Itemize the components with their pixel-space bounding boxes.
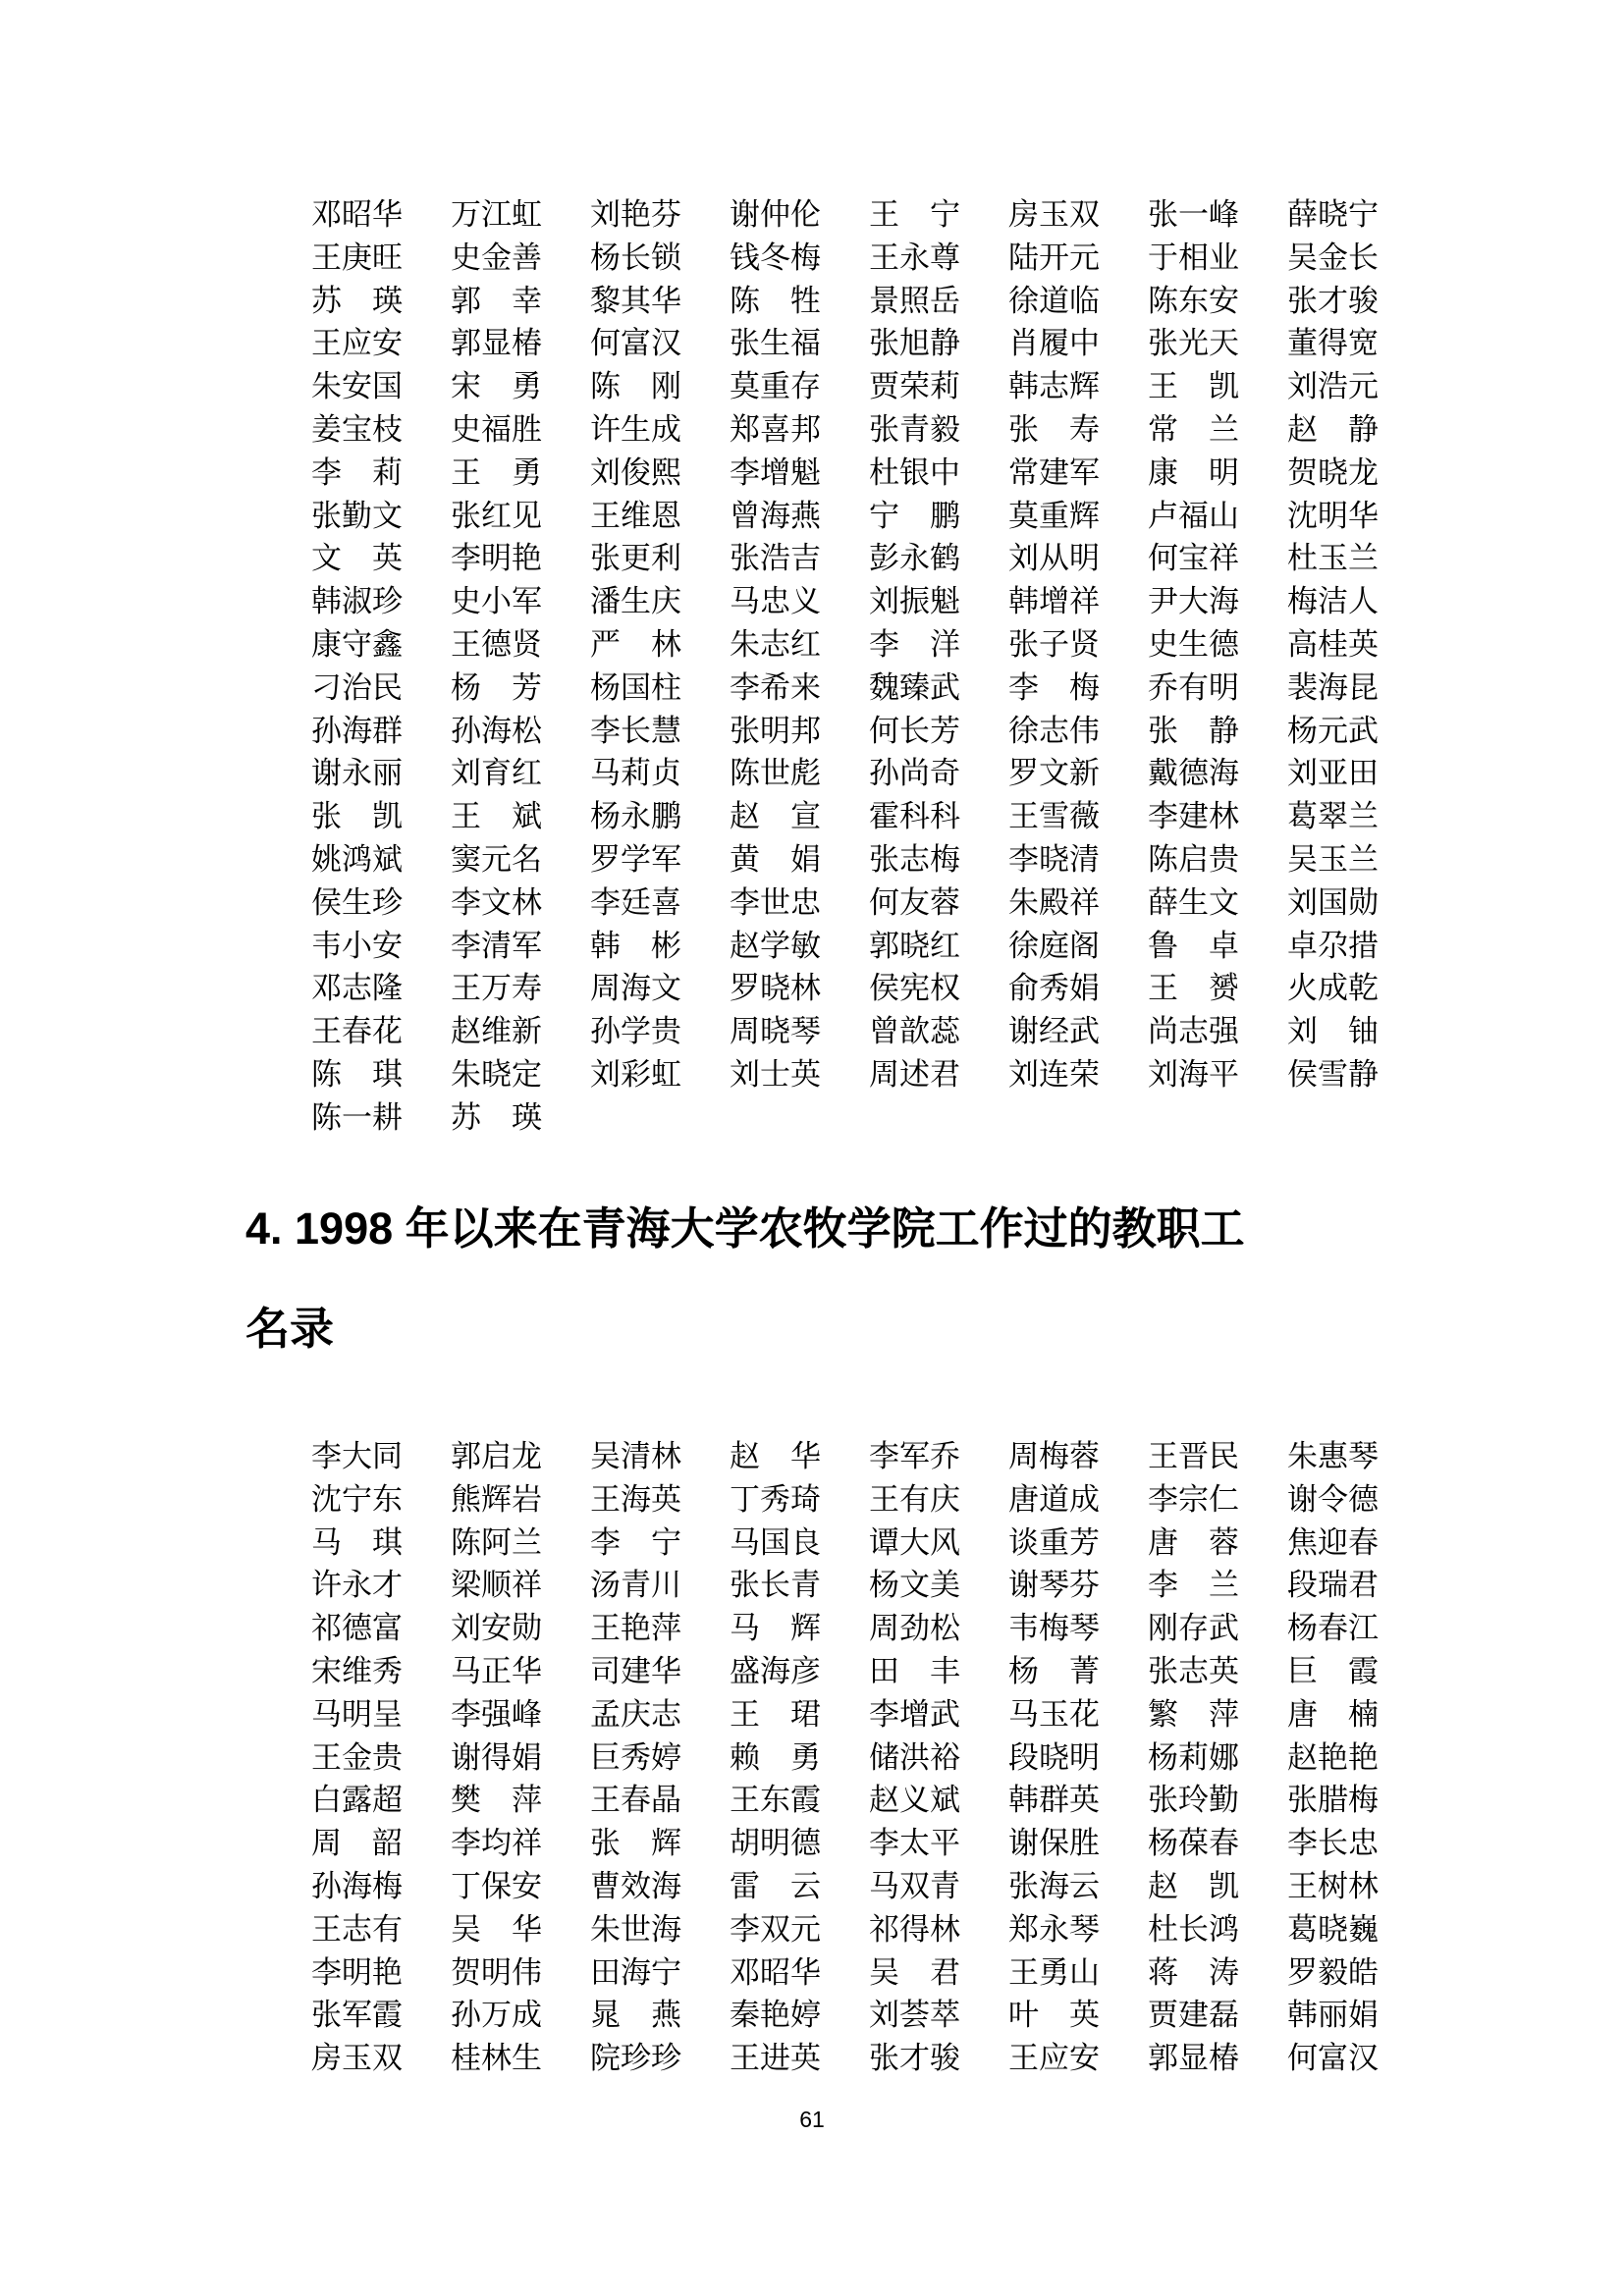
name-cell: 刘 铀: [1287, 1010, 1427, 1053]
name-roster-bottom: 李大同郭启龙吴清林赵 华李军乔周梅蓉王晋民朱惠琴沈宁东熊辉岩王海英丁秀琦王有庆唐…: [311, 1435, 1427, 2080]
name-cell: 韩群英: [1008, 1779, 1148, 1822]
name-cell: 谈重芳: [1008, 1522, 1148, 1565]
name-cell: 沈宁东: [311, 1478, 451, 1522]
name-cell: 周述君: [869, 1053, 1008, 1096]
name-cell: 于相业: [1148, 237, 1287, 280]
name-cell: 赵 静: [1287, 408, 1427, 452]
name-cell: 周海文: [590, 967, 730, 1010]
name-cell: 邓志隆: [311, 967, 451, 1010]
name-cell: 尹大海: [1148, 580, 1287, 623]
name-cell: 张 凯: [311, 795, 451, 838]
empty-cell: [1287, 1096, 1427, 1140]
name-cell: 李增魁: [730, 452, 869, 495]
name-cell: 万江虹: [451, 193, 590, 237]
name-cell: 李 莉: [311, 452, 451, 495]
name-cell: 熊辉岩: [451, 1478, 590, 1522]
name-cell: 赵维新: [451, 1010, 590, 1053]
name-cell: 刘从明: [1008, 537, 1148, 580]
name-cell: 宋维秀: [311, 1650, 451, 1693]
name-cell: 吴清林: [590, 1435, 730, 1478]
name-cell: 王万寿: [451, 967, 590, 1010]
name-cell: 王勇山: [1008, 1951, 1148, 1995]
name-cell: 王应安: [311, 322, 451, 365]
name-cell: 李双元: [730, 1908, 869, 1951]
name-cell: 韩志辉: [1008, 365, 1148, 408]
name-cell: 张 辉: [590, 1822, 730, 1865]
name-cell: 彭永鹤: [869, 537, 1008, 580]
name-cell: 焦迎春: [1287, 1522, 1427, 1565]
name-cell: 史福胜: [451, 408, 590, 452]
name-cell: 姜宝枝: [311, 408, 451, 452]
name-cell: 赵义斌: [869, 1779, 1008, 1822]
name-cell: 张更利: [590, 537, 730, 580]
name-cell: 景照岳: [869, 280, 1008, 323]
name-cell: 张一峰: [1148, 193, 1287, 237]
name-cell: 李廷喜: [590, 881, 730, 925]
name-cell: 张明邦: [730, 710, 869, 753]
name-cell: 火成乾: [1287, 967, 1427, 1010]
name-cell: 张军霞: [311, 1994, 451, 2037]
name-cell: 杨永鹏: [590, 795, 730, 838]
name-cell: 刘士英: [730, 1053, 869, 1096]
name-cell: 许永才: [311, 1564, 451, 1607]
name-cell: 裴海昆: [1287, 667, 1427, 710]
name-cell: 繁 萍: [1148, 1693, 1287, 1736]
name-cell: 杨长锁: [590, 237, 730, 280]
name-cell: 周劲松: [869, 1607, 1008, 1650]
name-cell: 史生德: [1148, 623, 1287, 667]
name-cell: 曾海燕: [730, 495, 869, 538]
name-cell: 卓尕措: [1287, 925, 1427, 968]
name-cell: 王海英: [590, 1478, 730, 1522]
name-cell: 张光天: [1148, 322, 1287, 365]
name-cell: 赵艳艳: [1287, 1736, 1427, 1780]
name-cell: 罗毅皓: [1287, 1951, 1427, 1995]
name-cell: 谢仲伦: [730, 193, 869, 237]
name-cell: 康 明: [1148, 452, 1287, 495]
name-cell: 李明艳: [311, 1951, 451, 1995]
name-cell: 王有庆: [869, 1478, 1008, 1522]
name-cell: 李 兰: [1148, 1564, 1287, 1607]
name-cell: 王 珺: [730, 1693, 869, 1736]
name-cell: 李文林: [451, 881, 590, 925]
section-heading-line1: 4. 1998 年以来在青海大学农牧学院工作过的教职工: [245, 1203, 1245, 1255]
name-cell: 文 英: [311, 537, 451, 580]
name-cell: 李希来: [730, 667, 869, 710]
name-cell: 梁顺祥: [451, 1564, 590, 1607]
name-cell: 常 兰: [1148, 408, 1287, 452]
name-cell: 李世忠: [730, 881, 869, 925]
name-cell: 张旭静: [869, 322, 1008, 365]
name-cell: 刁治民: [311, 667, 451, 710]
name-cell: 赖 勇: [730, 1736, 869, 1780]
name-cell: 郭 幸: [451, 280, 590, 323]
name-cell: 丁保安: [451, 1865, 590, 1908]
name-cell: 王晋民: [1148, 1435, 1287, 1478]
name-cell: 刘彩虹: [590, 1053, 730, 1096]
name-cell: 钱冬梅: [730, 237, 869, 280]
name-cell: 房玉双: [1008, 193, 1148, 237]
name-cell: 杜银中: [869, 452, 1008, 495]
name-cell: 马国良: [730, 1522, 869, 1565]
name-cell: 丁秀琦: [730, 1478, 869, 1522]
name-cell: 谢琴芬: [1008, 1564, 1148, 1607]
name-cell: 马 辉: [730, 1607, 869, 1650]
name-cell: 韩丽娟: [1287, 1994, 1427, 2037]
name-cell: 贾荣莉: [869, 365, 1008, 408]
name-cell: 田海宁: [590, 1951, 730, 1995]
name-cell: 刘俊熙: [590, 452, 730, 495]
name-cell: 王应安: [1008, 2037, 1148, 2080]
name-cell: 朱惠琴: [1287, 1435, 1427, 1478]
name-cell: 杨 菁: [1008, 1650, 1148, 1693]
name-cell: 孙万成: [451, 1994, 590, 2037]
name-cell: 刘连荣: [1008, 1053, 1148, 1096]
name-cell: 何长芳: [869, 710, 1008, 753]
name-cell: 马莉贞: [590, 752, 730, 795]
empty-cell: [869, 1096, 1008, 1140]
name-cell: 李强峰: [451, 1693, 590, 1736]
name-cell: 严 林: [590, 623, 730, 667]
name-cell: 司建华: [590, 1650, 730, 1693]
name-cell: 巨秀婷: [590, 1736, 730, 1780]
name-cell: 刘振魁: [869, 580, 1008, 623]
name-cell: 唐道成: [1008, 1478, 1148, 1522]
name-cell: 魏臻武: [869, 667, 1008, 710]
name-cell: 叶 英: [1008, 1994, 1148, 2037]
name-cell: 王树林: [1287, 1865, 1427, 1908]
name-cell: 唐 蓉: [1148, 1522, 1287, 1565]
name-cell: 马明呈: [311, 1693, 451, 1736]
name-cell: 李明艳: [451, 537, 590, 580]
name-cell: 张才骏: [869, 2037, 1008, 2080]
name-cell: 韩 彬: [590, 925, 730, 968]
name-cell: 周梅蓉: [1008, 1435, 1148, 1478]
name-cell: 宁 鹏: [869, 495, 1008, 538]
name-cell: 晁 燕: [590, 1994, 730, 2037]
name-cell: 李太平: [869, 1822, 1008, 1865]
name-cell: 张 静: [1148, 710, 1287, 753]
name-cell: 徐志伟: [1008, 710, 1148, 753]
name-cell: 周 韶: [311, 1822, 451, 1865]
name-cell: 杨莉娜: [1148, 1736, 1287, 1780]
name-cell: 马忠义: [730, 580, 869, 623]
empty-cell: [1148, 1096, 1287, 1140]
name-cell: 莫重存: [730, 365, 869, 408]
name-cell: 孙海梅: [311, 1865, 451, 1908]
name-cell: 郭显椿: [451, 322, 590, 365]
empty-cell: [590, 1096, 730, 1140]
name-cell: 张 寿: [1008, 408, 1148, 452]
name-cell: 李 梅: [1008, 667, 1148, 710]
name-cell: 邓昭华: [730, 1951, 869, 1995]
name-cell: 葛晓巍: [1287, 1908, 1427, 1951]
name-cell: 王进英: [730, 2037, 869, 2080]
name-cell: 张长青: [730, 1564, 869, 1607]
name-cell: 孙海群: [311, 710, 451, 753]
name-cell: 蒋 涛: [1148, 1951, 1287, 1995]
name-cell: 巨 霞: [1287, 1650, 1427, 1693]
name-cell: 唐 楠: [1287, 1693, 1427, 1736]
name-cell: 盛海彦: [730, 1650, 869, 1693]
name-cell: 郭启龙: [451, 1435, 590, 1478]
name-cell: 陈 牲: [730, 280, 869, 323]
name-cell: 李大同: [311, 1435, 451, 1478]
name-cell: 谢得娟: [451, 1736, 590, 1780]
name-cell: 李晓清: [1008, 838, 1148, 881]
name-cell: 王春花: [311, 1010, 451, 1053]
name-cell: 刘荟萃: [869, 1994, 1008, 2037]
document-page: { "document": { "heading": { "line1": "4…: [0, 0, 1624, 2296]
name-cell: 尚志强: [1148, 1010, 1287, 1053]
name-cell: 史小军: [451, 580, 590, 623]
name-cell: 陈阿兰: [451, 1522, 590, 1565]
name-cell: 谢经武: [1008, 1010, 1148, 1053]
name-cell: 王 斌: [451, 795, 590, 838]
name-cell: 苏 瑛: [451, 1096, 590, 1140]
name-cell: 史金善: [451, 237, 590, 280]
empty-cell: [730, 1096, 869, 1140]
name-cell: 罗文新: [1008, 752, 1148, 795]
name-cell: 陈 琪: [311, 1053, 451, 1096]
name-cell: 马正华: [451, 1650, 590, 1693]
name-cell: 常建军: [1008, 452, 1148, 495]
name-cell: 陈世彪: [730, 752, 869, 795]
name-cell: 贺明伟: [451, 1951, 590, 1995]
name-cell: 薛晓宁: [1287, 193, 1427, 237]
name-cell: 赵 凯: [1148, 1865, 1287, 1908]
name-cell: 王东霞: [730, 1779, 869, 1822]
name-cell: 韦小安: [311, 925, 451, 968]
name-cell: 谢保胜: [1008, 1822, 1148, 1865]
name-cell: 张腊梅: [1287, 1779, 1427, 1822]
name-cell: 刘亚田: [1287, 752, 1427, 795]
name-cell: 朱晓定: [451, 1053, 590, 1096]
name-cell: 杨元武: [1287, 710, 1427, 753]
name-cell: 郭显椿: [1148, 2037, 1287, 2080]
name-cell: 周晓琴: [730, 1010, 869, 1053]
name-cell: 姚鸿斌: [311, 838, 451, 881]
name-cell: 王德贤: [451, 623, 590, 667]
name-cell: 鲁 卓: [1148, 925, 1287, 968]
name-cell: 侯宪权: [869, 967, 1008, 1010]
name-cell: 乔有明: [1148, 667, 1287, 710]
name-cell: 张志英: [1148, 1650, 1287, 1693]
name-cell: 刚存武: [1148, 1607, 1287, 1650]
name-cell: 祁德富: [311, 1607, 451, 1650]
name-cell: 何富汉: [1287, 2037, 1427, 2080]
name-cell: 陈 刚: [590, 365, 730, 408]
name-cell: 张生福: [730, 322, 869, 365]
name-cell: 杜长鸿: [1148, 1908, 1287, 1951]
name-cell: 张才骏: [1287, 280, 1427, 323]
name-cell: 俞秀娟: [1008, 967, 1148, 1010]
name-cell: 吴金长: [1287, 237, 1427, 280]
name-cell: 张海云: [1008, 1865, 1148, 1908]
name-cell: 田 丰: [869, 1650, 1008, 1693]
name-cell: 卢福山: [1148, 495, 1287, 538]
name-cell: 何富汉: [590, 322, 730, 365]
name-cell: 杜玉兰: [1287, 537, 1427, 580]
name-cell: 刘安勋: [451, 1607, 590, 1650]
name-cell: 王春晶: [590, 1779, 730, 1822]
name-cell: 贾建磊: [1148, 1994, 1287, 2037]
name-cell: 罗晓林: [730, 967, 869, 1010]
name-cell: 薛生文: [1148, 881, 1287, 925]
name-cell: 王 赟: [1148, 967, 1287, 1010]
name-cell: 董得宽: [1287, 322, 1427, 365]
name-cell: 苏 瑛: [311, 280, 451, 323]
name-cell: 郭晓红: [869, 925, 1008, 968]
name-cell: 储洪裕: [869, 1736, 1008, 1780]
name-cell: 陆开元: [1008, 237, 1148, 280]
name-cell: 戴德海: [1148, 752, 1287, 795]
name-cell: 郑永琴: [1008, 1908, 1148, 1951]
name-cell: 谢永丽: [311, 752, 451, 795]
name-cell: 王 勇: [451, 452, 590, 495]
name-cell: 杨葆春: [1148, 1822, 1287, 1865]
name-cell: 谢令德: [1287, 1478, 1427, 1522]
name-cell: 侯生珍: [311, 881, 451, 925]
name-cell: 莫重辉: [1008, 495, 1148, 538]
name-cell: 梅洁人: [1287, 580, 1427, 623]
name-cell: 樊 萍: [451, 1779, 590, 1822]
name-cell: 张青毅: [869, 408, 1008, 452]
name-cell: 张子贤: [1008, 623, 1148, 667]
name-cell: 朱世海: [590, 1908, 730, 1951]
name-cell: 汤青川: [590, 1564, 730, 1607]
name-cell: 刘艳芬: [590, 193, 730, 237]
name-cell: 王 凯: [1148, 365, 1287, 408]
name-cell: 朱志红: [730, 623, 869, 667]
name-cell: 窦元名: [451, 838, 590, 881]
name-cell: 张志梅: [869, 838, 1008, 881]
name-cell: 李长慧: [590, 710, 730, 753]
name-cell: 刘浩元: [1287, 365, 1427, 408]
name-cell: 陈东安: [1148, 280, 1287, 323]
name-cell: 房玉双: [311, 2037, 451, 2080]
name-cell: 马 琪: [311, 1522, 451, 1565]
name-cell: 王庚旺: [311, 237, 451, 280]
name-cell: 黎其华: [590, 280, 730, 323]
name-cell: 祁得林: [869, 1908, 1008, 1951]
name-cell: 徐庭阁: [1008, 925, 1148, 968]
name-cell: 马玉花: [1008, 1693, 1148, 1736]
name-cell: 李均祥: [451, 1822, 590, 1865]
name-cell: 宋 勇: [451, 365, 590, 408]
name-cell: 杨 芳: [451, 667, 590, 710]
name-cell: 肖履中: [1008, 322, 1148, 365]
name-cell: 张玲勤: [1148, 1779, 1287, 1822]
name-cell: 李建林: [1148, 795, 1287, 838]
name-cell: 王金贵: [311, 1736, 451, 1780]
name-cell: 张红见: [451, 495, 590, 538]
name-cell: 朱安国: [311, 365, 451, 408]
name-cell: 段晓明: [1008, 1736, 1148, 1780]
name-cell: 段瑞君: [1287, 1564, 1427, 1607]
name-cell: 杨国柱: [590, 667, 730, 710]
name-cell: 吴玉兰: [1287, 838, 1427, 881]
name-cell: 王永尊: [869, 237, 1008, 280]
name-roster-top: 邓昭华万江虹刘艳芬谢仲伦王 宁房玉双张一峰薛晓宁王庚旺史金善杨长锁钱冬梅王永尊陆…: [311, 193, 1427, 1140]
name-cell: 沈明华: [1287, 495, 1427, 538]
name-cell: 王雪薇: [1008, 795, 1148, 838]
name-cell: 高桂英: [1287, 623, 1427, 667]
name-cell: 邓昭华: [311, 193, 451, 237]
name-cell: 孟庆志: [590, 1693, 730, 1736]
name-cell: 桂林生: [451, 2037, 590, 2080]
name-cell: 李长忠: [1287, 1822, 1427, 1865]
name-cell: 张浩吉: [730, 537, 869, 580]
name-cell: 李军乔: [869, 1435, 1008, 1478]
name-cell: 马双青: [869, 1865, 1008, 1908]
name-cell: 侯雪静: [1287, 1053, 1427, 1096]
name-cell: 曹效海: [590, 1865, 730, 1908]
name-cell: 李 洋: [869, 623, 1008, 667]
name-cell: 王艳萍: [590, 1607, 730, 1650]
name-cell: 霍科科: [869, 795, 1008, 838]
name-cell: 葛翠兰: [1287, 795, 1427, 838]
name-cell: 黄 娟: [730, 838, 869, 881]
name-cell: 赵学敏: [730, 925, 869, 968]
page-number: 61: [0, 2107, 1624, 2133]
name-cell: 王维恩: [590, 495, 730, 538]
empty-cell: [1008, 1096, 1148, 1140]
name-cell: 李增武: [869, 1693, 1008, 1736]
name-cell: 孙尚奇: [869, 752, 1008, 795]
name-cell: 吴 华: [451, 1908, 590, 1951]
name-cell: 王 宁: [869, 193, 1008, 237]
name-cell: 徐道临: [1008, 280, 1148, 323]
name-cell: 院珍珍: [590, 2037, 730, 2080]
name-cell: 许生成: [590, 408, 730, 452]
section-heading-line2: 名录: [245, 1304, 334, 1355]
name-cell: 李清军: [451, 925, 590, 968]
name-cell: 何友蓉: [869, 881, 1008, 925]
name-cell: 何宝祥: [1148, 537, 1287, 580]
name-cell: 康守鑫: [311, 623, 451, 667]
name-cell: 张勤文: [311, 495, 451, 538]
name-cell: 刘海平: [1148, 1053, 1287, 1096]
name-cell: 刘育红: [451, 752, 590, 795]
name-cell: 吴 君: [869, 1951, 1008, 1995]
name-cell: 刘国勋: [1287, 881, 1427, 925]
name-cell: 李宗仁: [1148, 1478, 1287, 1522]
name-cell: 谭大风: [869, 1522, 1008, 1565]
name-cell: 李 宁: [590, 1522, 730, 1565]
name-cell: 白露超: [311, 1779, 451, 1822]
name-cell: 孙海松: [451, 710, 590, 753]
name-cell: 郑喜邦: [730, 408, 869, 452]
name-cell: 贺晓龙: [1287, 452, 1427, 495]
name-cell: 韩增祥: [1008, 580, 1148, 623]
name-cell: 孙学贵: [590, 1010, 730, 1053]
name-cell: 韩淑珍: [311, 580, 451, 623]
name-cell: 曾歆蕊: [869, 1010, 1008, 1053]
name-cell: 潘生庆: [590, 580, 730, 623]
name-cell: 赵 宣: [730, 795, 869, 838]
name-cell: 王志有: [311, 1908, 451, 1951]
name-cell: 陈一耕: [311, 1096, 451, 1140]
name-cell: 杨文美: [869, 1564, 1008, 1607]
name-cell: 赵 华: [730, 1435, 869, 1478]
name-cell: 朱殿祥: [1008, 881, 1148, 925]
name-cell: 韦梅琴: [1008, 1607, 1148, 1650]
name-cell: 秦艳婷: [730, 1994, 869, 2037]
name-cell: 陈启贵: [1148, 838, 1287, 881]
name-cell: 雷 云: [730, 1865, 869, 1908]
name-cell: 胡明德: [730, 1822, 869, 1865]
